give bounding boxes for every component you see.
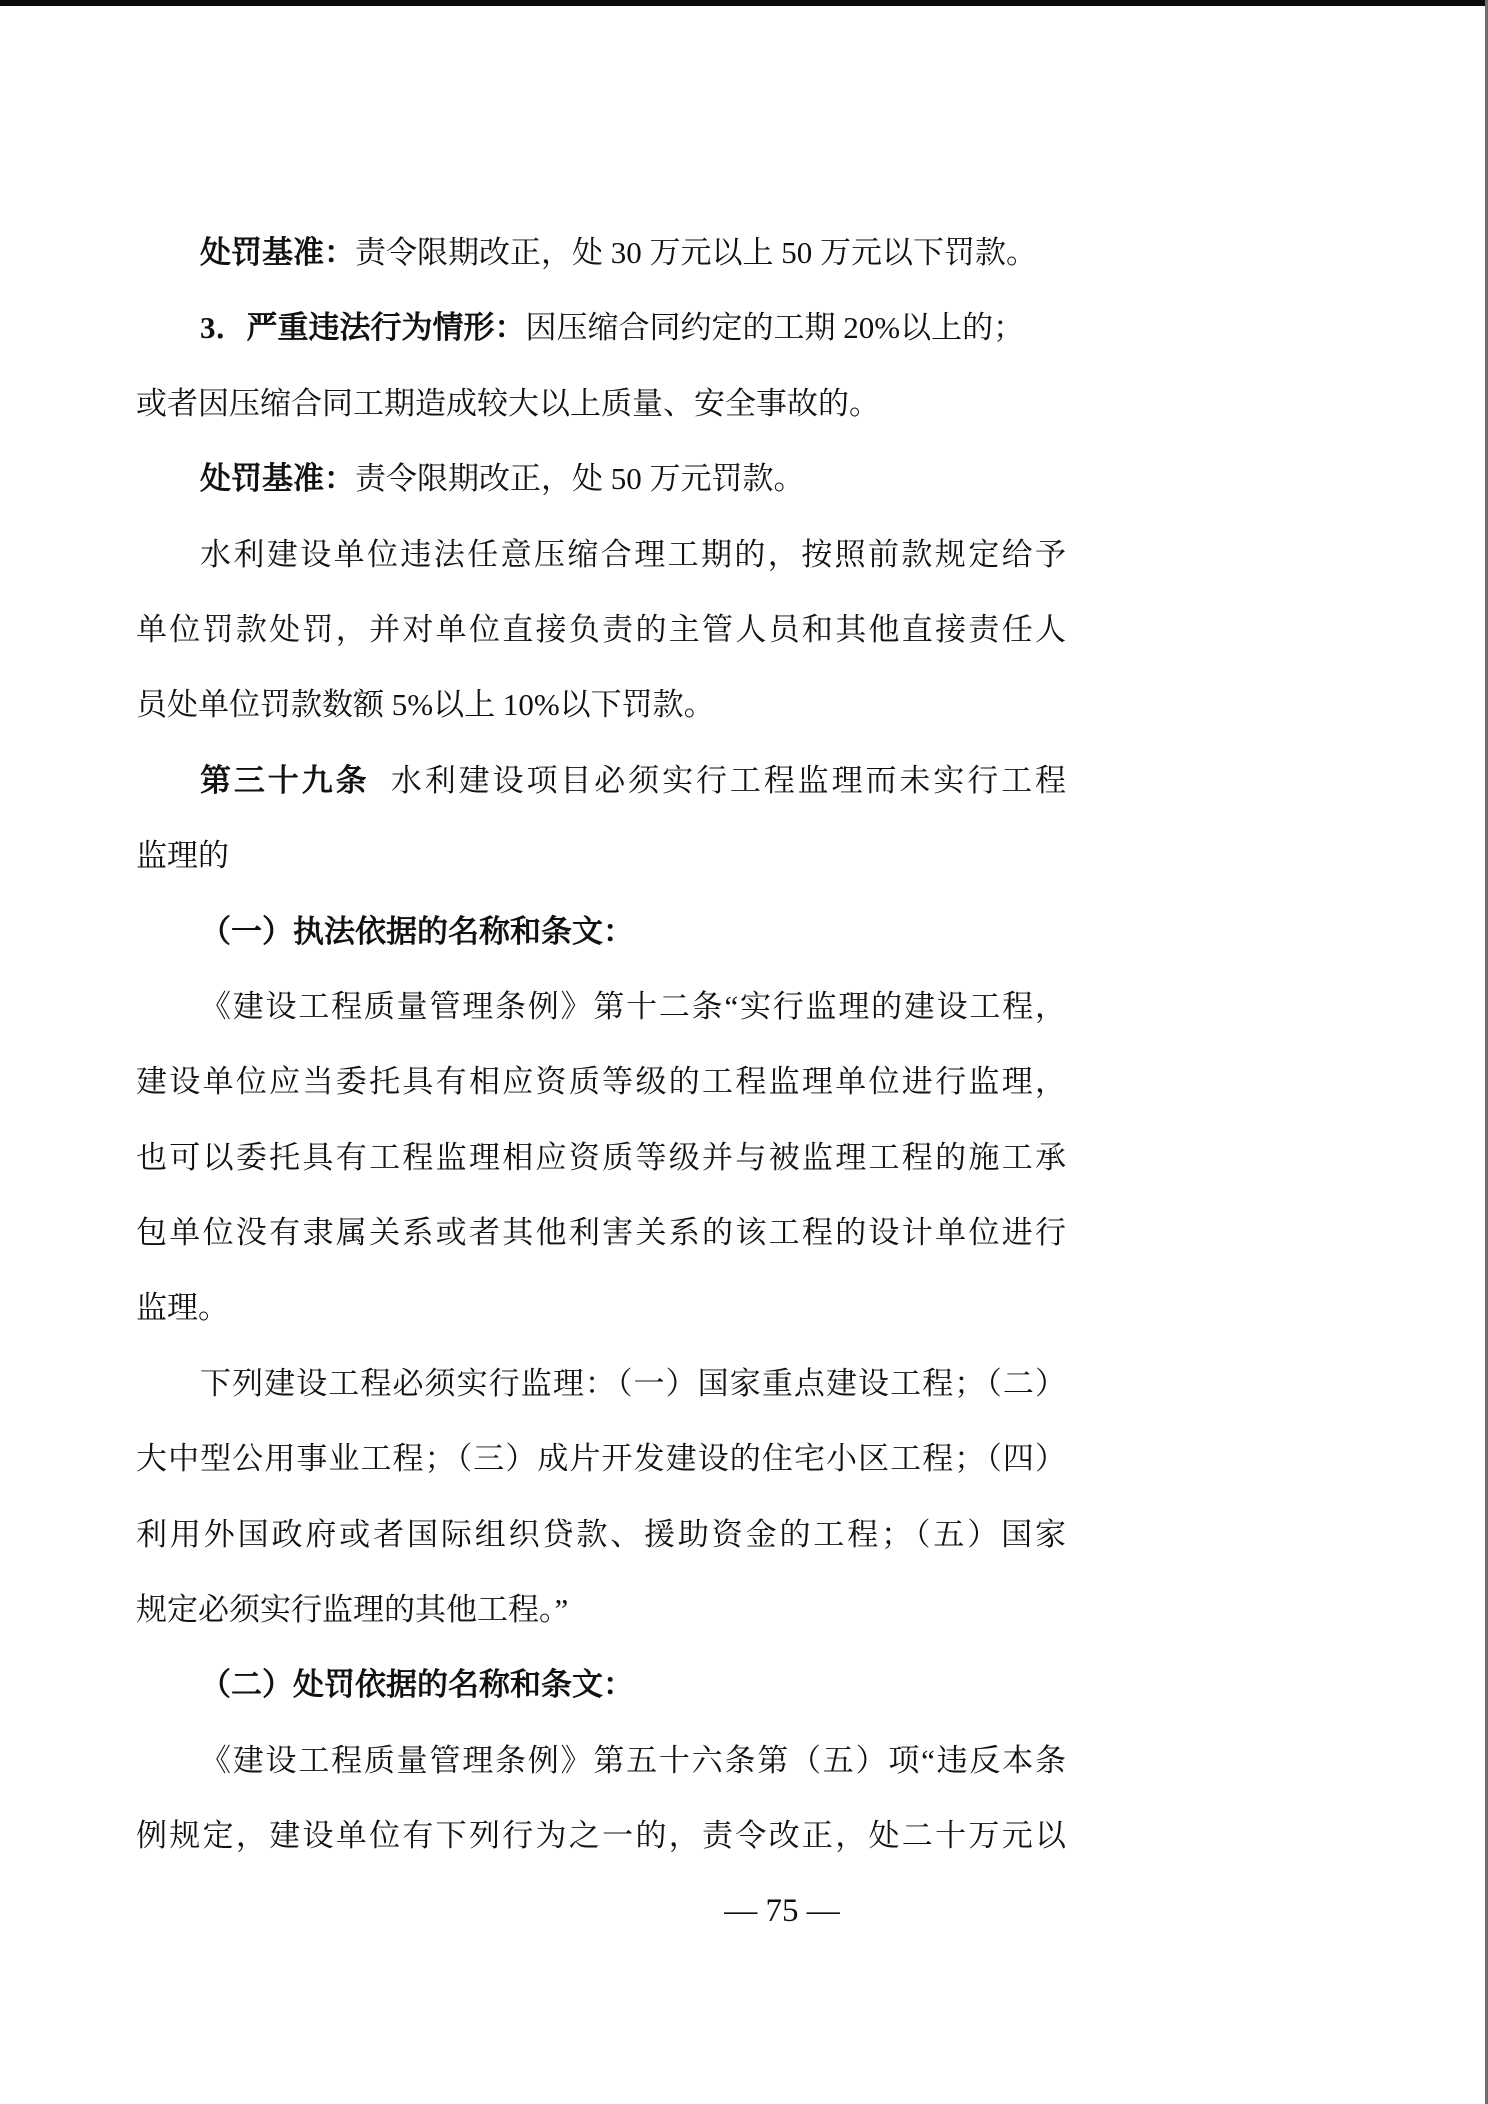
text-segment: 建设单位应当委托具有相应资质等级的工程监理单位进行监理， [136,1064,1066,1099]
text-segment: 责令限期改正，处 50 万元罚款。 [355,461,805,496]
bold-text-segment: 处罚基准： [200,235,355,270]
text-segment: 包单位没有隶属关系或者其他利害关系的该工程的设计单位进行 [136,1215,1066,1250]
text-line: 处罚基准：责令限期改正，处 30 万元以上 50 万元以下罚款。 [136,215,1066,290]
text-segment: 监理的 [136,838,229,873]
bold-text-segment: （二）处罚依据的名称和条文： [200,1667,634,1702]
text-segment: 利用外国政府或者国际组织贷款、援助资金的工程；（五）国家 [136,1517,1066,1552]
text-segment: 员处单位罚款数额 5%以上 10%以下罚款。 [136,687,715,722]
text-segment: 监理。 [136,1290,229,1325]
text-segment: 责令限期改正，处 30 万元以上 50 万元以下罚款。 [355,235,1037,270]
text-segment: 或者因压缩合同工期造成较大以上质量、安全事故的。 [136,386,880,421]
text-line: 监理。 [136,1270,1066,1345]
text-line: 建设单位应当委托具有相应资质等级的工程监理单位进行监理， [136,1044,1066,1119]
text-line: 水利建设单位违法任意压缩合理工期的，按照前款规定给予 [136,517,1066,592]
text-line: 《建设工程质量管理条例》第十二条“实行监理的建设工程， [136,969,1066,1044]
text-line: （二）处罚依据的名称和条文： [136,1647,1066,1722]
bold-text-segment: 3．严重违法行为情形： [200,310,526,345]
text-segment: 因压缩合同约定的工期 20%以上的； [526,310,1025,345]
text-line: 第三十九条 水利建设项目必须实行工程监理而未实行工程 [136,743,1066,818]
text-segment: 也可以委托具有工程监理相应资质等级并与被监理工程的施工承 [136,1140,1066,1175]
text-line: 《建设工程质量管理条例》第五十六条第（五）项“违反本条 [136,1723,1066,1798]
text-segment: 单位罚款处罚，并对单位直接负责的主管人员和其他直接责任人 [136,612,1066,647]
text-line: 规定必须实行监理的其他工程。” [136,1572,1066,1647]
text-line: （一）执法依据的名称和条文： [136,894,1066,969]
text-line: 处罚基准：责令限期改正，处 50 万元罚款。 [136,441,1066,516]
text-segment: 例规定，建设单位有下列行为之一的，责令改正，处二十万元以 [136,1818,1066,1853]
text-line: 员处单位罚款数额 5%以上 10%以下罚款。 [136,667,1066,742]
text-line: 下列建设工程必须实行监理：（一）国家重点建设工程；（二） [136,1346,1066,1421]
text-line: 利用外国政府或者国际组织贷款、援助资金的工程；（五）国家 [136,1497,1066,1572]
text-segment: 《建设工程质量管理条例》第十二条“实行监理的建设工程， [200,989,1066,1024]
text-line: 单位罚款处罚，并对单位直接负责的主管人员和其他直接责任人 [136,592,1066,667]
text-segment: 水利建设项目必须实行工程监理而未实行工程 [370,763,1066,798]
text-line: 3．严重违法行为情形：因压缩合同约定的工期 20%以上的； [136,290,1066,365]
text-segment: 大中型公用事业工程；（三）成片开发建设的住宅小区工程；（四） [136,1441,1066,1476]
text-line: 或者因压缩合同工期造成较大以上质量、安全事故的。 [136,366,1066,441]
page-number: — 75 — [38,1893,1488,1930]
text-line: 也可以委托具有工程监理相应资质等级并与被监理工程的施工承 [136,1120,1066,1195]
page-top-edge [0,0,1488,6]
text-line: 大中型公用事业工程；（三）成片开发建设的住宅小区工程；（四） [136,1421,1066,1496]
bold-text-segment: （一）执法依据的名称和条文： [200,914,634,949]
text-segment: 规定必须实行监理的其他工程。” [136,1592,568,1627]
text-line: 监理的 [136,818,1066,893]
text-line: 例规定，建设单位有下列行为之一的，责令改正，处二十万元以 [136,1798,1066,1873]
text-segment: 下列建设工程必须实行监理：（一）国家重点建设工程；（二） [200,1366,1066,1401]
bold-text-segment: 第三十九条 [200,763,370,798]
bold-text-segment: 处罚基准： [200,461,355,496]
text-segment: 水利建设单位违法任意压缩合理工期的，按照前款规定给予 [200,537,1066,572]
text-segment: 《建设工程质量管理条例》第五十六条第（五）项“违反本条 [200,1743,1066,1778]
document-body: 处罚基准：责令限期改正，处 30 万元以上 50 万元以下罚款。3．严重违法行为… [136,215,1066,1874]
text-line: 包单位没有隶属关系或者其他利害关系的该工程的设计单位进行 [136,1195,1066,1270]
